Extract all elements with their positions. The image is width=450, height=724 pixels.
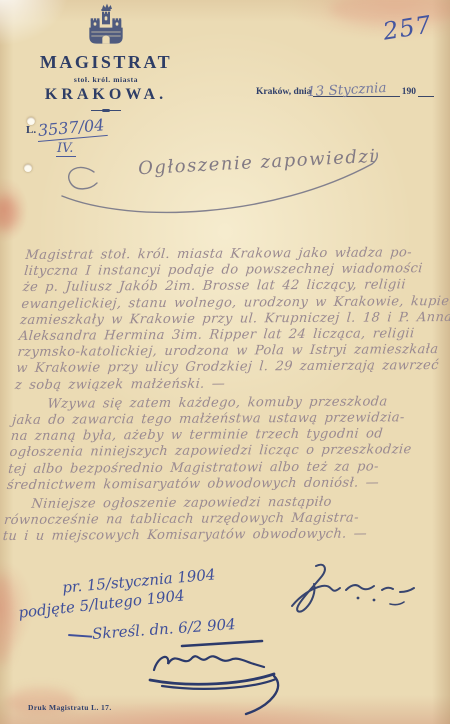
body-line: z sobą związek małżeński. — — [14, 375, 430, 394]
paragraph: Niniejsze ogłoszenie zapowiedzi nastąpił… — [2, 494, 420, 545]
handwritten-date: 13 Stycznia — [307, 80, 387, 100]
paragraph: Wzywa się zatem każdego, komuby przeszko… — [6, 394, 428, 494]
org-city: KRAKOWA. — [25, 86, 187, 104]
dateline: Kraków, dnia 13 Stycznia 190 — [256, 84, 434, 97]
reference-prefix: L. — [26, 124, 36, 136]
krakow-crest-icon — [86, 2, 126, 48]
paper-stain — [0, 575, 14, 665]
official-paraph-signature-icon — [290, 560, 435, 622]
clerk-signature-icon — [142, 634, 292, 716]
reference-number: L.3537/04 — [26, 118, 108, 139]
dateline-year-prefix: 190 — [402, 87, 416, 97]
dateline-year-blank — [418, 84, 434, 97]
page-number: 257 — [381, 10, 434, 45]
letterhead: MAGISTRAT stoł. król. miasta KRAKOWA. — [25, 2, 187, 113]
org-name: MAGISTRAT — [25, 52, 187, 73]
document-body: Magistrat stoł. król. miasta Krakowa jak… — [2, 245, 440, 549]
org-subtitle: stoł. król. miasta — [25, 75, 187, 84]
dateline-blank: 13 Stycznia — [313, 84, 399, 97]
divider-ornament-icon — [91, 110, 121, 113]
reference-value: 3537/04 — [36, 115, 108, 142]
dateline-city-label: Kraków, dnia — [256, 87, 311, 97]
body-line: tu i u miejscowych Komisaryatów obwodowy… — [2, 527, 418, 546]
scanned-document-page: 257 MAGISTRAT s — [0, 0, 450, 724]
body-line: w Krakowie przy ulicy Grodzkiej l. 29 za… — [16, 359, 432, 378]
paragraph: Magistrat stoł. król. miasta Krakowa jak… — [14, 245, 440, 394]
printer-imprint: Druk Magistratu L. 17. — [28, 703, 112, 712]
punch-hole — [24, 164, 32, 172]
body-line: średnictwem komisaryatów obwodowych doni… — [6, 475, 422, 494]
paper-stain — [0, 196, 18, 230]
